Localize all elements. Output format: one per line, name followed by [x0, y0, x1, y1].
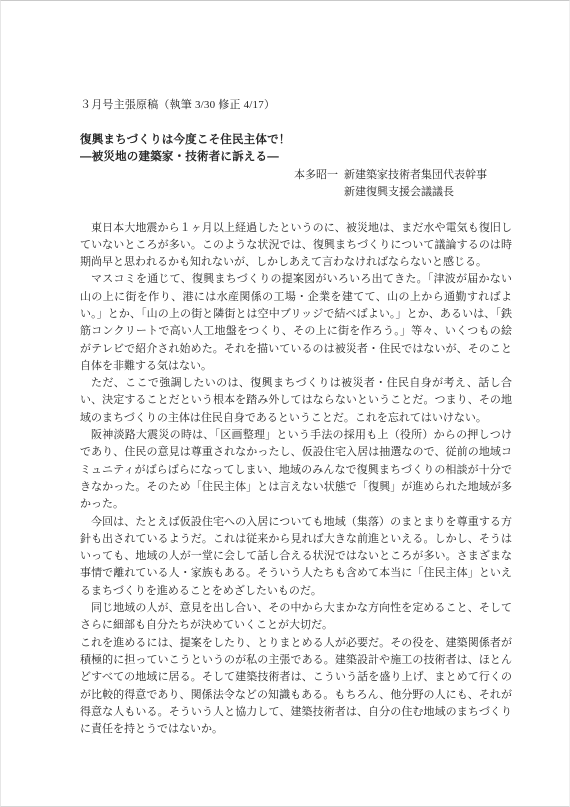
author-block: 本多昭一 新建築家技術者集団代表幹事 新建復興支援会議議長 — [80, 167, 512, 202]
author-affiliations: 新建築家技術者集団代表幹事 新建復興支援会議議長 — [344, 167, 487, 202]
paragraph-3: ただ、ここで強調したいのは、復興まちづくりは被災者・住民自身が考え、話し合い、決… — [80, 375, 512, 427]
manuscript-header-note: ３月号主張原稿（執筆 3/30 修正 4/17） — [80, 97, 512, 115]
document-subtitle: ―被災地の建築家・技術者に訴える― — [80, 149, 512, 167]
document-title: 復興まちづくりは今度こそ住民主体で！ — [80, 132, 512, 150]
paragraph-7: これを進めるには、提案をしたり、とりまとめる人が必要だ。その役を、建築関係者が積… — [80, 635, 512, 739]
paragraph-6: 同じ地域の人が、意見を出し合い、その中から大まかな方向性を定めること、そしてさら… — [80, 600, 512, 635]
author-affiliation-1: 新建築家技術者集団代表幹事 — [344, 167, 487, 185]
document-page: ３月号主張原稿（執筆 3/30 修正 4/17） 復興まちづくりは今度こそ住民主… — [0, 0, 570, 807]
paragraph-5: 今回は、たとえば仮設住宅への入居についても地域（集落）のまとまりを尊重する方針も… — [80, 514, 512, 600]
author-affiliation-2: 新建復興支援会議議長 — [344, 184, 487, 202]
paragraph-4: 阪神淡路大震災の時は、「区画整理」という手法の採用も上（役所）からの押しつけであ… — [80, 427, 512, 513]
body-paragraphs: 東日本大地震から１ヶ月以上経過したというのに、被災地は、まだ水や電気も復旧してい… — [80, 220, 512, 739]
paragraph-1: 東日本大地震から１ヶ月以上経過したというのに、被災地は、まだ水や電気も復旧してい… — [80, 220, 512, 272]
author-name: 本多昭一 — [294, 167, 338, 185]
document-content: ３月号主張原稿（執筆 3/30 修正 4/17） 復興まちづくりは今度こそ住民主… — [80, 97, 512, 738]
paragraph-2: マスコミを通じて、復興まちづくりの提案図がいろいろ出てきた。「津波が届かない山の… — [80, 271, 512, 375]
